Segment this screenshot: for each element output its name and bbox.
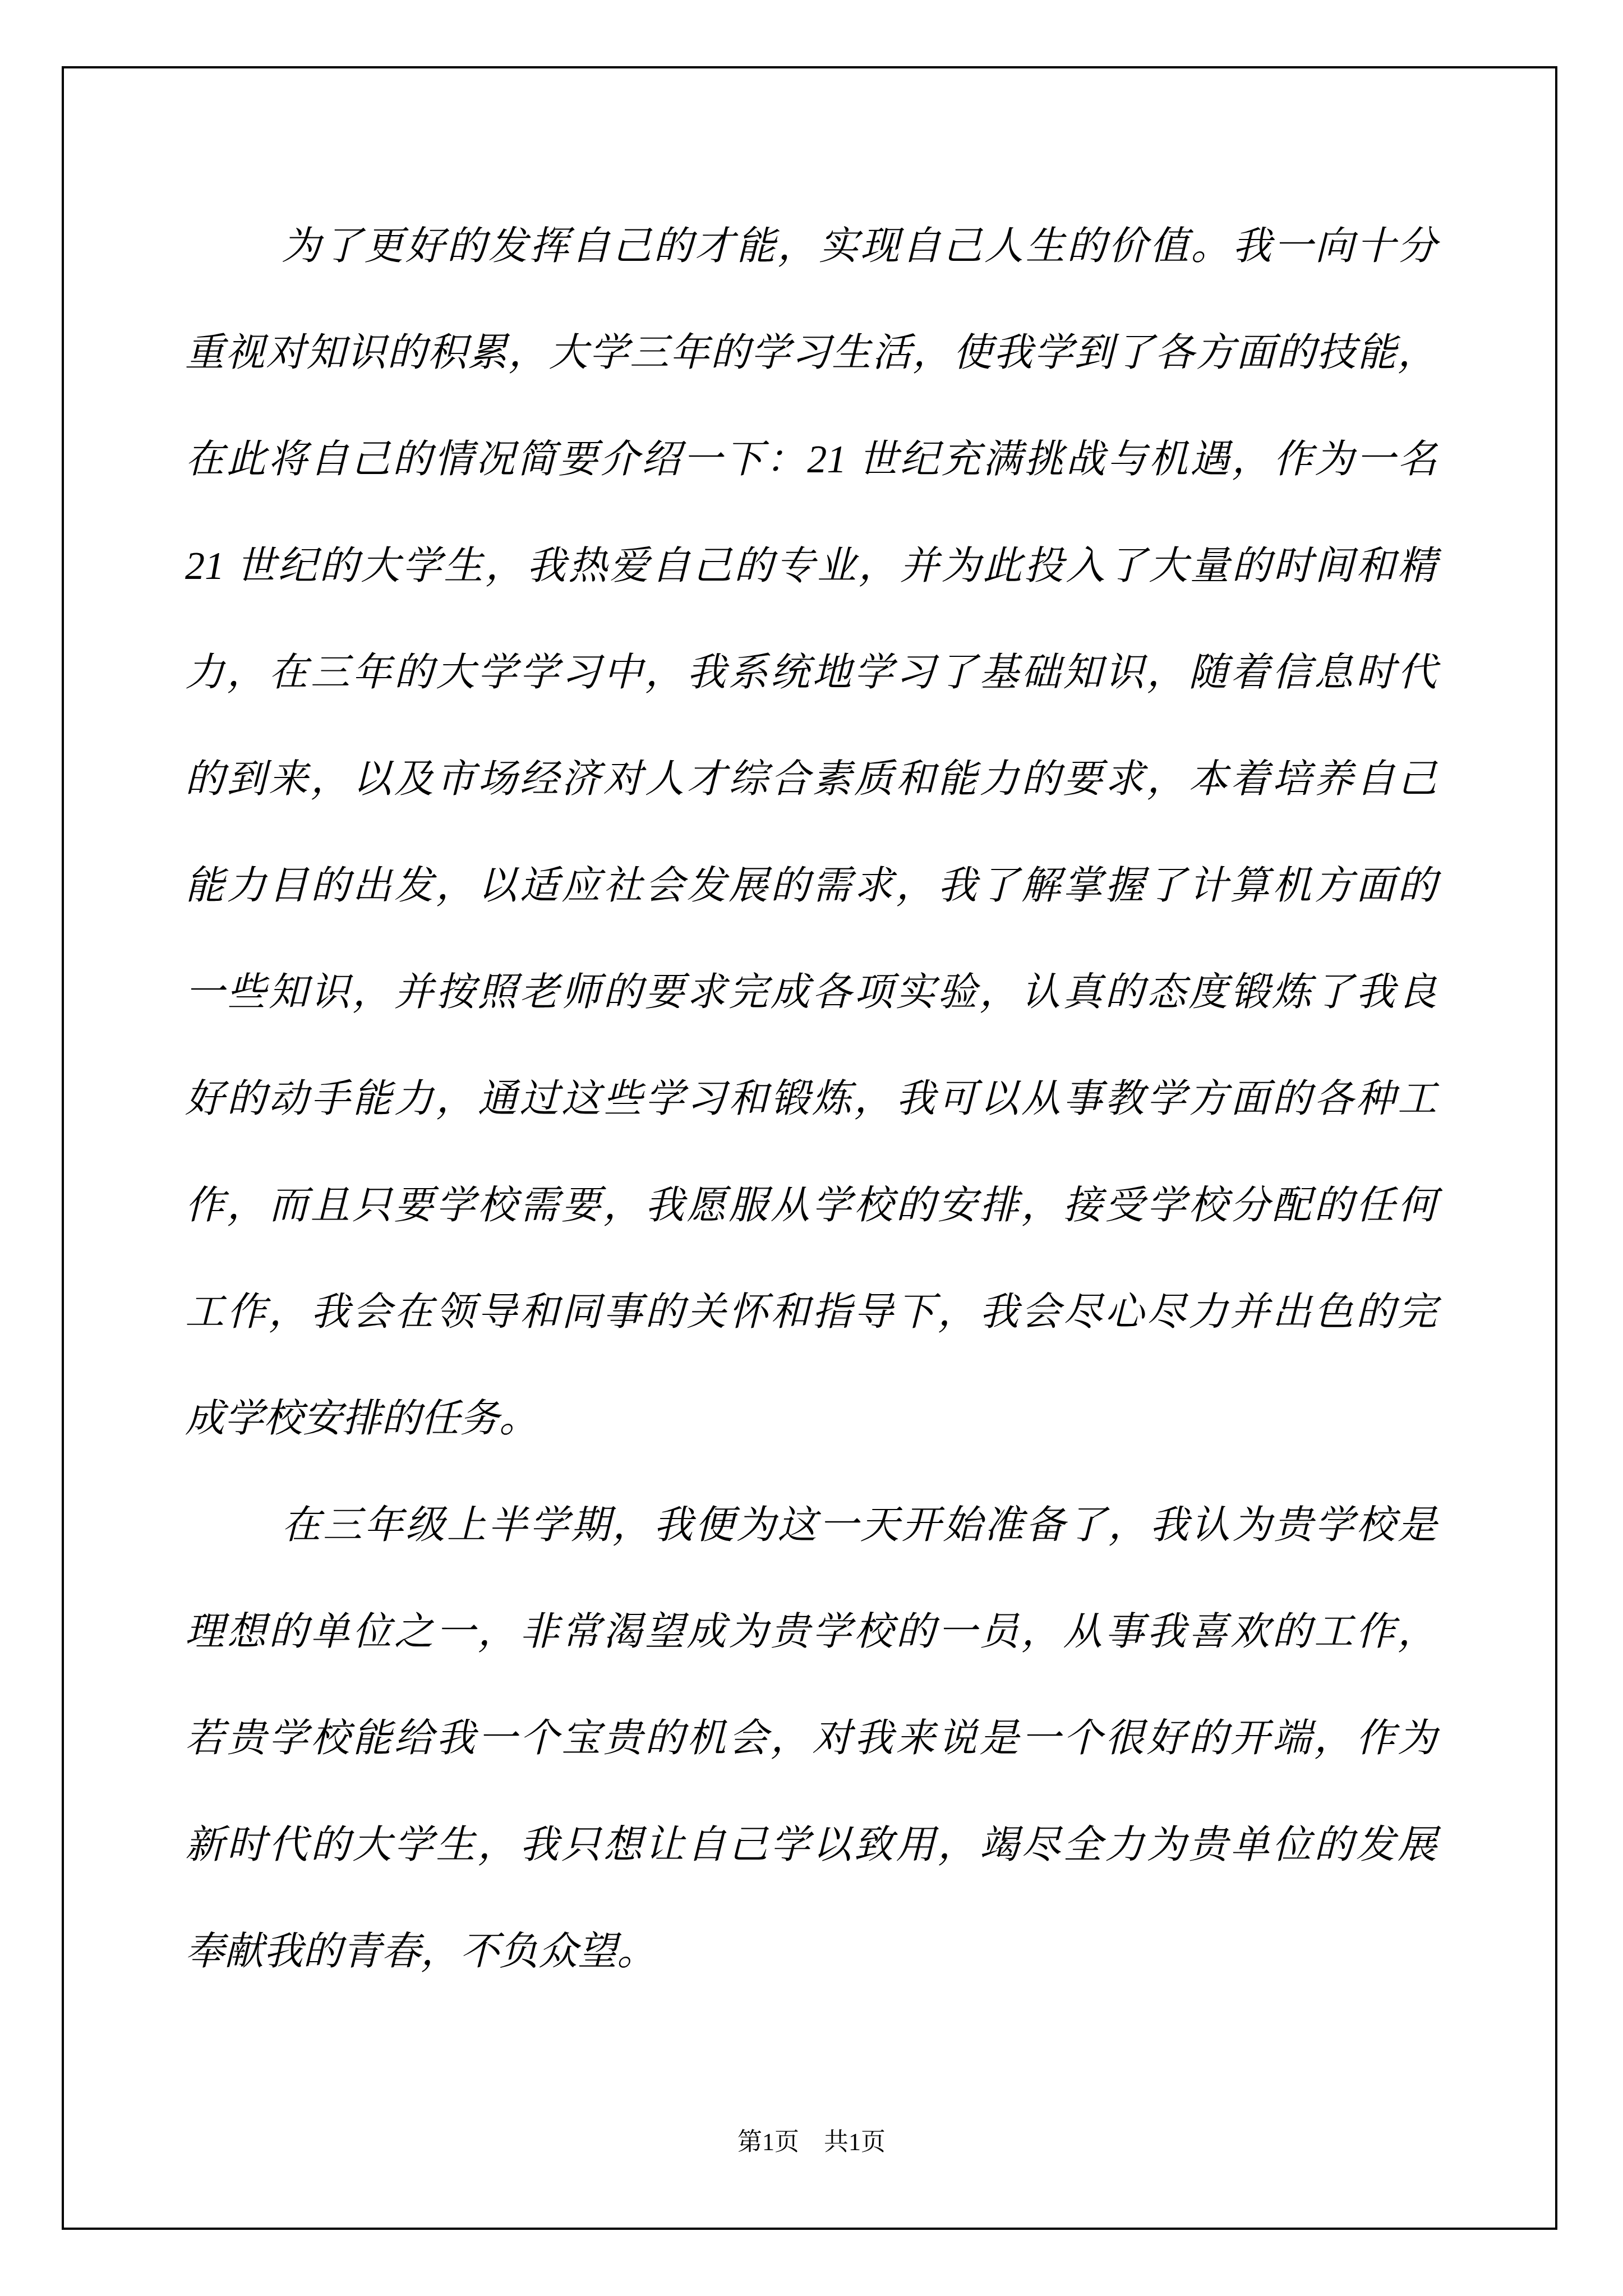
text-line: 一些知识，并按照老师的要求完成各项实验，认真的态度锻炼了我良 bbox=[185, 940, 1437, 1046]
page-number-total: 共1页 bbox=[824, 2128, 886, 2156]
text-line: 奉献我的青春，不负众望。 bbox=[185, 1899, 1437, 2005]
text-line: 成学校安排的任务。 bbox=[185, 1366, 1437, 1473]
text-line: 新时代的大学生，我只想让自己学以致用，竭尽全力为贵单位的发展 bbox=[185, 1792, 1437, 1899]
document-page: 为了更好的发挥自己的才能，实现自己人生的价值。我一向十分 重视对知识的积累，大学… bbox=[0, 0, 1623, 2296]
text-line: 21 世纪的大学生，我热爱自己的专业，并为此投入了大量的时间和精 bbox=[185, 513, 1437, 620]
page-number-current: 第1页 bbox=[737, 2128, 799, 2156]
text-line: 在三年级上半学期，我便为这一天开始准备了，我认为贵学校是 bbox=[185, 1473, 1437, 1579]
text-line: 工作，我会在领导和同事的关怀和指导下，我会尽心尽力并出色的完 bbox=[185, 1259, 1437, 1366]
text-line: 力，在三年的大学学习中，我系统地学习了基础知识，随着信息时代 bbox=[185, 620, 1437, 726]
text-line: 的到来，以及市场经济对人才综合素质和能力的要求，本着培养自己 bbox=[185, 726, 1437, 833]
text-line: 好的动手能力，通过这些学习和锻炼，我可以从事教学方面的各种工 bbox=[185, 1046, 1437, 1153]
page-footer: 第1页共1页 bbox=[0, 2122, 1623, 2157]
text-line: 能力目的出发，以适应社会发展的需求，我了解掌握了计算机方面的 bbox=[185, 833, 1437, 940]
text-line: 在此将自己的情况简要介绍一下：21 世纪充满挑战与机遇，作为一名 bbox=[185, 407, 1437, 513]
text-line: 若贵学校能给我一个宝贵的机会，对我来说是一个很好的开端，作为 bbox=[185, 1686, 1437, 1792]
text-line: 作，而且只要学校需要，我愿服从学校的安排，接受学校分配的任何 bbox=[185, 1153, 1437, 1259]
text-line: 理想的单位之一，非常渴望成为贵学校的一员，从事我喜欢的工作， bbox=[185, 1579, 1437, 1686]
document-text: 为了更好的发挥自己的才能，实现自己人生的价值。我一向十分 重视对知识的积累，大学… bbox=[185, 194, 1437, 2005]
text-line: 为了更好的发挥自己的才能，实现自己人生的价值。我一向十分 bbox=[185, 194, 1437, 300]
text-line: 重视对知识的积累，大学三年的学习生活，使我学到了各方面的技能， bbox=[185, 300, 1437, 407]
